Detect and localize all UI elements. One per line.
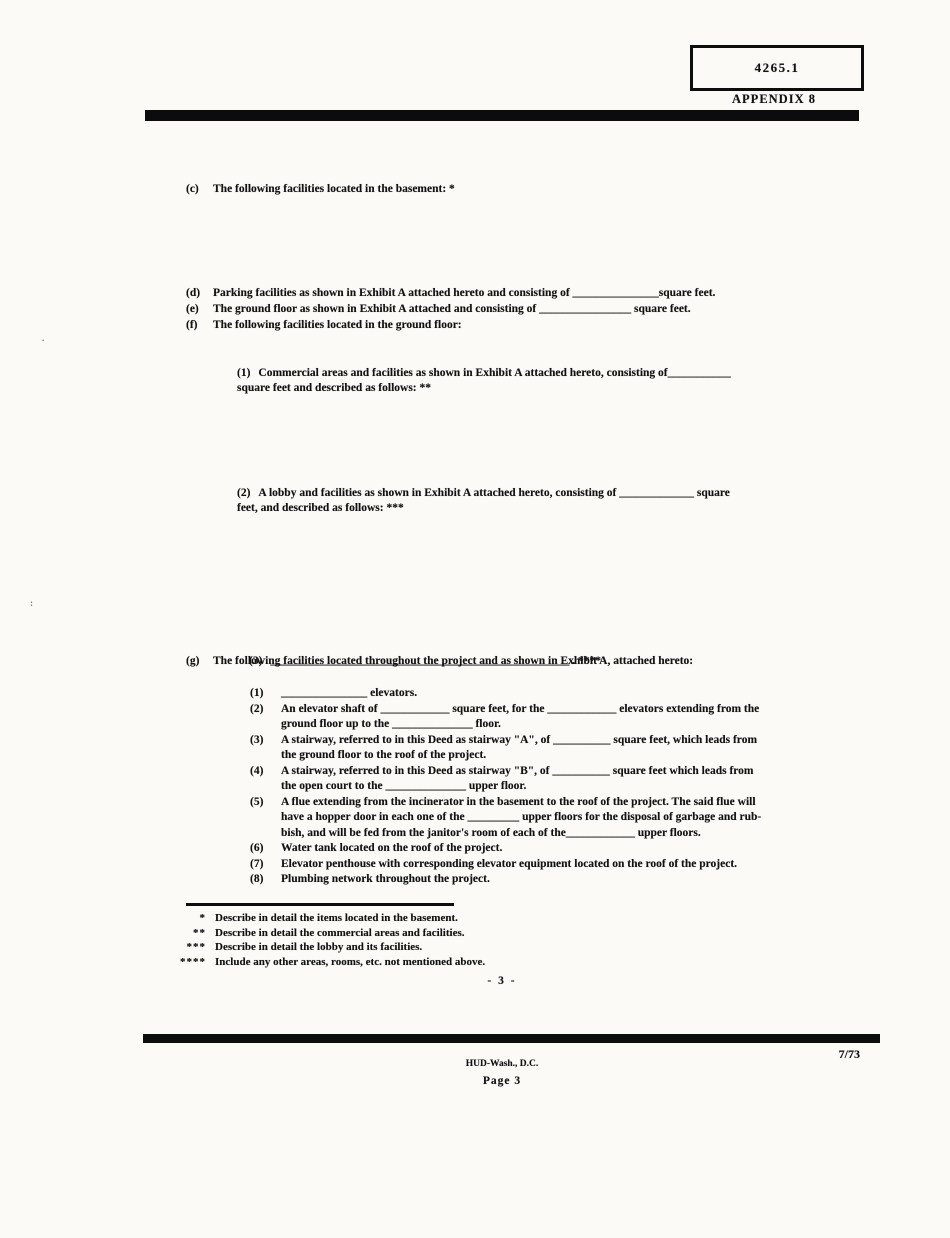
- item-e: (e) The ground floor as shown in Exhibit…: [186, 301, 906, 317]
- f-sub-item-2-number: (2): [237, 487, 250, 499]
- g-item-7-number: (7): [250, 857, 281, 873]
- footnote-4: **** Include any other areas, rooms, etc…: [148, 955, 848, 970]
- g-item-8-number: (8): [250, 872, 281, 888]
- footnote-1-marker: *: [148, 911, 215, 926]
- item-f-number: (f): [186, 317, 213, 333]
- g-item-4: (4) A stairway, referred to in this Deed…: [250, 764, 900, 795]
- top-rule-bar: [145, 110, 859, 121]
- item-g-text: The following facilities located through…: [213, 654, 693, 670]
- item-f-text: The following facilities located in the …: [213, 317, 462, 333]
- footnote-3: *** Describe in detail the lobby and its…: [148, 940, 848, 955]
- item-d-text: Parking facilities as shown in Exhibit A…: [213, 285, 715, 301]
- f-sub-item-1: (1)Commercial areas and facilities as sh…: [237, 350, 897, 397]
- f-sub-item-2-text: A lobby and facilities as shown in Exhib…: [237, 487, 730, 515]
- item-e-number: (e): [186, 301, 213, 317]
- footnote-2-text: Describe in detail the commercial areas …: [215, 926, 465, 941]
- g-item-5: (5) A flue extending from the incinerato…: [250, 795, 900, 842]
- item-c-number: (c): [186, 182, 213, 198]
- footnotes: * Describe in detail the items located i…: [148, 911, 848, 969]
- f-sub-item-2: (2)A lobby and facilities as shown in Ex…: [237, 470, 897, 517]
- g-item-6-number: (6): [250, 841, 281, 857]
- g-item-7: (7) Elevator penthouse with correspondin…: [250, 857, 900, 873]
- page-number-marker: - 3 -: [145, 975, 859, 987]
- document-number-box: 4265.1: [690, 45, 864, 91]
- g-item-2-text: An elevator shaft of ____________ square…: [281, 702, 886, 733]
- footnote-rule: [186, 903, 454, 906]
- g-item-1-number: (1): [250, 686, 281, 702]
- g-item-5-text: A flue extending from the incinerator in…: [281, 795, 886, 842]
- footnote-1: * Describe in detail the items located i…: [148, 911, 848, 926]
- footnote-1-text: Describe in detail the items located in …: [215, 911, 458, 926]
- g-item-7-text: Elevator penthouse with corresponding el…: [281, 857, 886, 873]
- footnote-2-marker: **: [148, 926, 215, 941]
- item-e-text: The ground floor as shown in Exhibit A a…: [213, 301, 691, 317]
- g-item-5-number: (5): [250, 795, 281, 811]
- scan-artifact: :: [30, 598, 33, 608]
- item-d-number: (d): [186, 285, 213, 301]
- g-item-1: (1) _______________ elevators.: [250, 686, 900, 702]
- f-sub-item-1-number: (1): [237, 367, 250, 379]
- g-item-3: (3) A stairway, referred to in this Deed…: [250, 733, 900, 764]
- footer-page-label: Page 3: [145, 1075, 859, 1087]
- footnote-3-marker: ***: [148, 940, 215, 955]
- scan-artifact: .: [42, 333, 44, 343]
- scanned-document-page: 4265.1 APPENDIX 8 (c) The following faci…: [0, 0, 950, 1238]
- g-item-3-text: A stairway, referred to in this Deed as …: [281, 733, 886, 764]
- g-item-1-text: _______________ elevators.: [281, 686, 886, 702]
- g-item-3-number: (3): [250, 733, 281, 749]
- f-sub-item-1-text: Commercial areas and facilities as shown…: [237, 367, 731, 395]
- g-item-8-text: Plumbing network throughout the project.: [281, 872, 886, 888]
- footer-org: HUD-Wash., D.C.: [145, 1059, 859, 1069]
- items-def: (d) Parking facilities as shown in Exhib…: [186, 285, 906, 333]
- footnote-3-text: Describe in detail the lobby and its fac…: [215, 940, 422, 955]
- footnote-4-text: Include any other areas, rooms, etc. not…: [215, 955, 485, 970]
- item-f: (f) The following facilities located in …: [186, 317, 906, 333]
- bottom-rule-bar: [143, 1034, 880, 1043]
- g-item-4-number: (4): [250, 764, 281, 780]
- g-item-6-text: Water tank located on the roof of the pr…: [281, 841, 886, 857]
- item-g-number: (g): [186, 654, 213, 670]
- footnote-4-marker: ****: [148, 955, 215, 970]
- g-item-list: (1) _______________ elevators. (2) An el…: [250, 686, 900, 888]
- item-d: (d) Parking facilities as shown in Exhib…: [186, 285, 906, 301]
- appendix-label: APPENDIX 8: [690, 92, 858, 107]
- g-item-2-number: (2): [250, 702, 281, 718]
- g-item-6: (6) Water tank located on the roof of th…: [250, 841, 900, 857]
- g-item-8: (8) Plumbing network throughout the proj…: [250, 872, 900, 888]
- document-number: 4265.1: [755, 60, 800, 76]
- item-c: (c) The following facilities located in …: [186, 182, 886, 198]
- item-c-text: The following facilities located in the …: [213, 182, 455, 198]
- g-item-4-text: A stairway, referred to in this Deed as …: [281, 764, 886, 795]
- g-item-2: (2) An elevator shaft of ____________ sq…: [250, 702, 900, 733]
- footnote-2: ** Describe in detail the commercial are…: [148, 926, 848, 941]
- item-g: (g) The following facilities located thr…: [186, 654, 916, 670]
